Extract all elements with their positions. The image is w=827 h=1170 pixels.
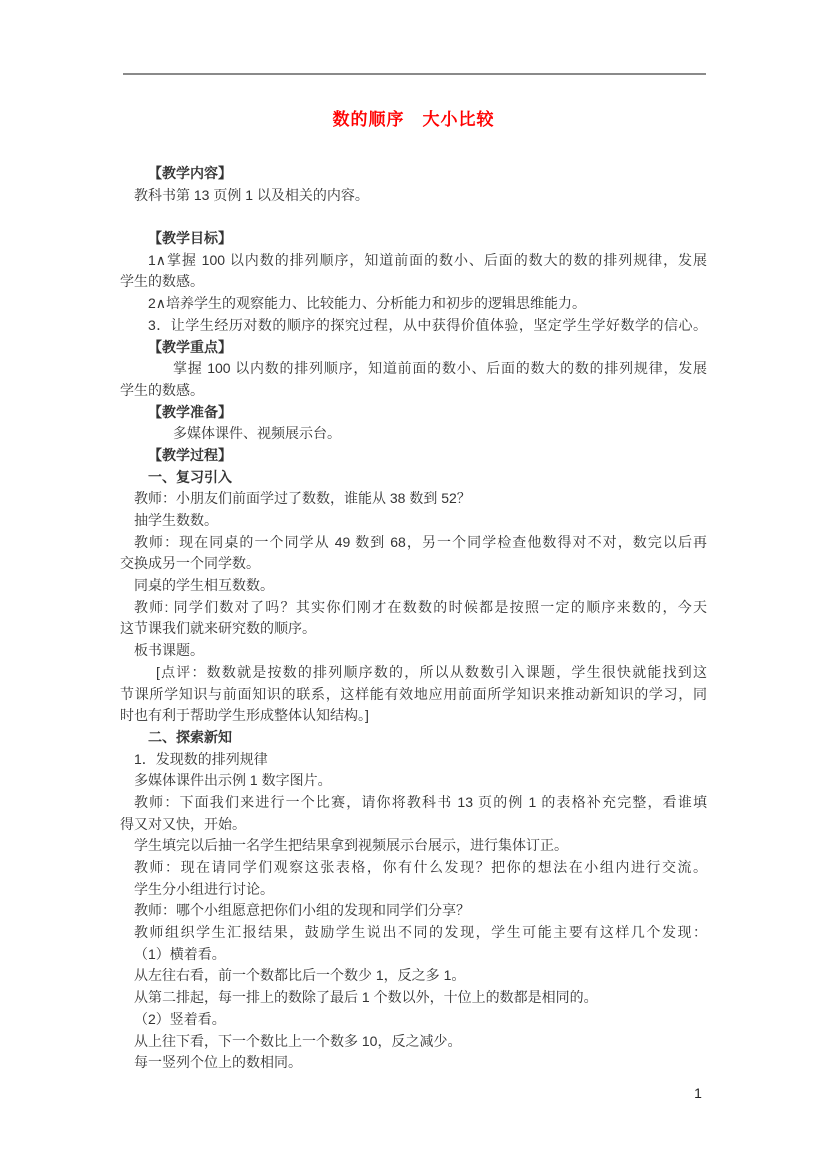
doc-line: 多媒体课件出示例 1 数字图片。: [120, 770, 707, 792]
doc-line: 学生分小组进行讨论。: [120, 879, 707, 901]
doc-line: 多媒体课件、视频展示台。: [120, 423, 707, 445]
document-page: 数的顺序 大小比较 【教学内容】 教科书第 13 页例 1 以及相关的内容。 【…: [0, 0, 827, 1170]
doc-line: 每一竖列个位上的数相同。: [120, 1052, 707, 1074]
header-divider: [123, 73, 706, 75]
page-number: 1: [688, 1083, 708, 1104]
doc-line: 1．发现数的排列规律: [120, 749, 707, 771]
doc-line: 这节课我们就来研究数的顺序。: [120, 618, 707, 640]
doc-line: 交换成另一个同学数。: [120, 553, 707, 575]
doc-line: （1）横着看。: [120, 944, 707, 966]
doc-line: 同桌的学生相互数数。: [120, 575, 707, 597]
doc-line: 学生的数感。: [120, 380, 707, 402]
doc-line: 2∧培养学生的观察能力、比较能力、分析能力和初步的逻辑思维能力。: [120, 293, 707, 315]
doc-line: 抽学生数数。: [120, 510, 707, 532]
commentary-line: 节课所学知识与前面知识的联系，这样能有效地应用前面所学知识来推动新知识的学习，同: [120, 684, 707, 706]
document-body: 【教学内容】 教科书第 13 页例 1 以及相关的内容。 【教学目标】 1∧掌握…: [120, 163, 707, 1074]
doc-line: 教师: 同学们数对了吗？其实你们刚才在数数的时候都是按照一定的顺序来数的，今天: [120, 597, 707, 619]
doc-line: 教科书第 13 页例 1 以及相关的内容。: [120, 185, 707, 207]
doc-line: 掌握 100 以内数的排列顺序，知道前面的数小、后面的数大的数的排列规律，发展: [120, 358, 707, 380]
document-title: 数的顺序 大小比较: [120, 106, 707, 134]
doc-line: 教师：现在请同学们观察这张表格，你有什么发现？把你的想法在小组内进行交流。: [120, 857, 707, 879]
commentary-line: 时也有利于帮助学生形成整体认知结构。]: [120, 705, 707, 727]
heading-teaching-process: 【教学过程】: [120, 445, 707, 467]
doc-line: （2）竖着看。: [120, 1009, 707, 1031]
doc-line: 3．让学生经历对数的顺序的探究过程，从中获得价值体验，坚定学生学好数学的信心。: [120, 315, 707, 337]
doc-line: 教师组织学生汇报结果，鼓励学生说出不同的发现，学生可能主要有这样几个发现：: [120, 922, 707, 944]
heading-explore-new: 二、探索新知: [120, 727, 707, 749]
heading-review-intro: 一、复习引入: [120, 467, 707, 489]
doc-line: 从第二排起，每一排上的数除了最后 1 个数以外，十位上的数都是相同的。: [120, 987, 707, 1009]
heading-teaching-goals: 【教学目标】: [120, 228, 707, 250]
heading-teaching-content: 【教学内容】: [120, 163, 707, 185]
heading-teaching-preparation: 【教学准备】: [120, 402, 707, 424]
doc-line: 教师：下面我们来进行一个比赛，请你将教科书 13 页的例 1 的表格补充完整，看…: [120, 792, 707, 814]
doc-line: 学生填完以后抽一名学生把结果拿到视频展示台展示，进行集体订正。: [120, 835, 707, 857]
doc-line: 从上往下看，下一个数比上一个数多 10，反之减少。: [120, 1031, 707, 1053]
doc-line: 学生的数感。: [120, 271, 707, 293]
doc-line: 板书课题。: [120, 640, 707, 662]
blank-line: [120, 206, 707, 228]
doc-line: 教师：哪个小组愿意把你们小组的发现和同学们分享？: [120, 900, 707, 922]
heading-teaching-focus: 【教学重点】: [120, 337, 707, 359]
doc-line: 从左往右看，前一个数都比后一个数少 1，反之多 1。: [120, 965, 707, 987]
doc-line: 1∧掌握 100 以内数的排列顺序，知道前面的数小、后面的数大的数的排列规律，发…: [120, 250, 707, 272]
doc-line: 教师：现在同桌的一个同学从 49 数到 68，另一个同学检查他数得对不对，数完以…: [120, 532, 707, 554]
commentary-line: [点评：数数就是按数的排列顺序数的，所以从数数引入课题，学生很快就能找到这: [120, 662, 707, 684]
doc-line: 得又对又快，开始。: [120, 814, 707, 836]
doc-line: 教师：小朋友们前面学过了数数，谁能从 38 数到 52？: [120, 488, 707, 510]
